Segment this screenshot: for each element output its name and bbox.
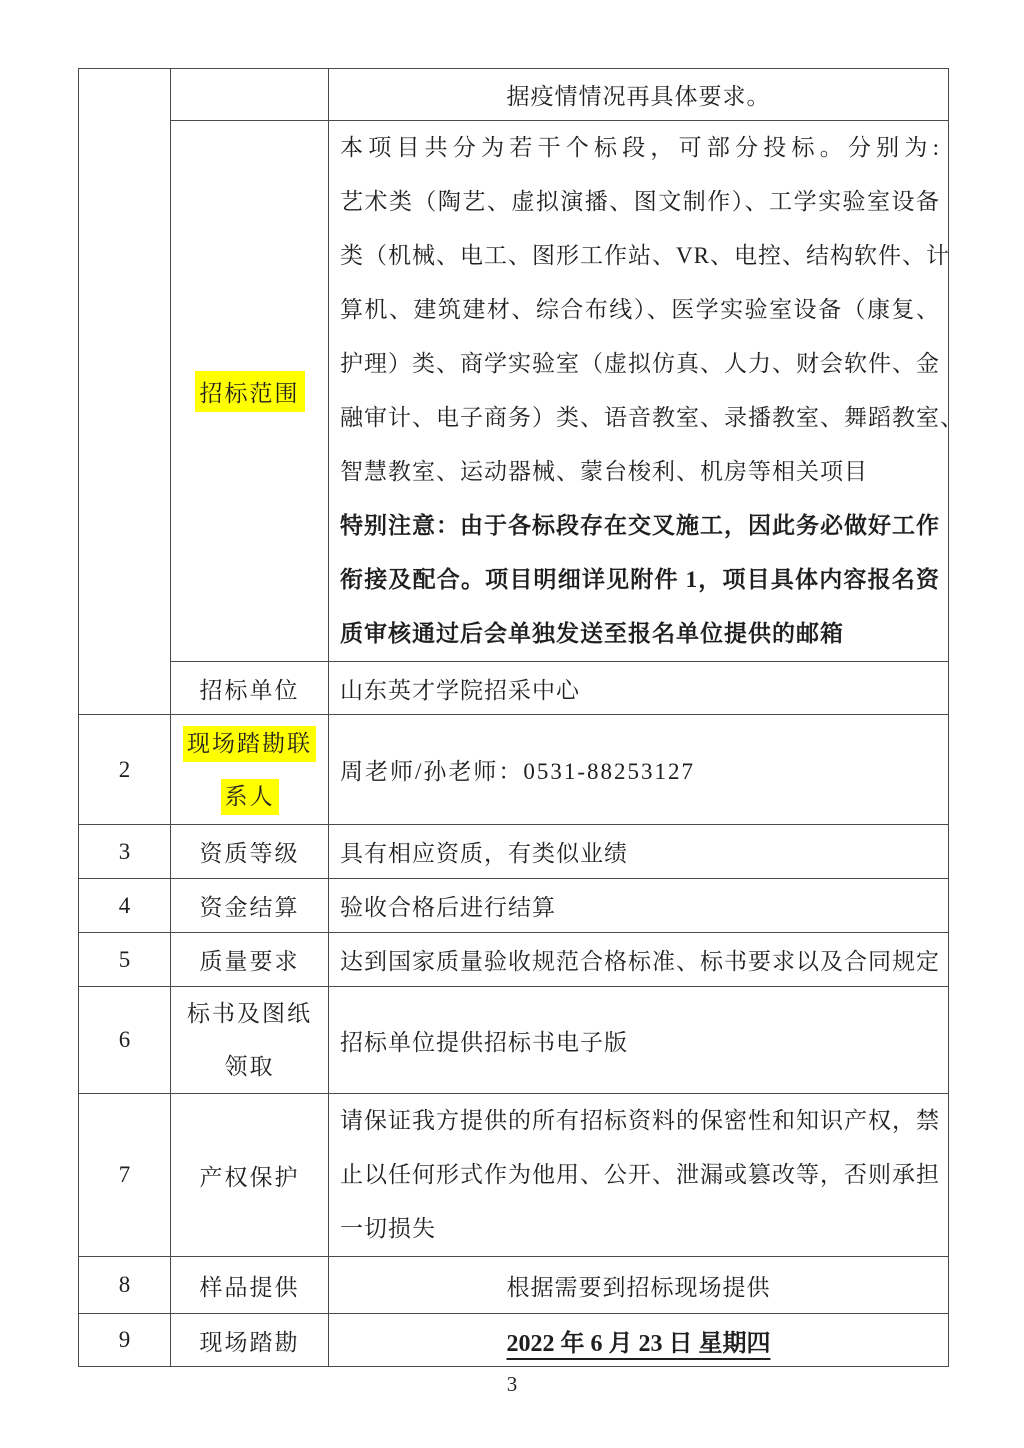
scope-line: 算机、建筑建材、综合布线）、医学实验室设备（康复、 (340, 283, 940, 337)
scope-note-line: 特别注意：由于各标段存在交叉施工，因此务必做好工作 (340, 499, 940, 553)
settlement-label: 资金结算 (171, 879, 329, 933)
contact-label-cell: 现场踏勘联系人 (171, 715, 329, 825)
ip-content-cell: 请保证我方提供的所有招标资料的保密性和知识产权，禁止以任何形式作为他用、公开、泄… (329, 1094, 949, 1257)
scope-line: 融审计、电子商务）类、语音教室、录播教室、舞蹈教室、 (340, 391, 940, 445)
table-row: 8 样品提供 根据需要到招标现场提供 (79, 1257, 949, 1314)
document-label-cell: 标书及图纸领取 (171, 987, 329, 1094)
ip-label: 产权保护 (171, 1094, 329, 1257)
continuation-text: 据疫情情况再具体要求。 (329, 69, 949, 121)
quality-content: 达到国家质量验收规范合格标准、标书要求以及合同规定 (329, 933, 949, 987)
scope-line: 本项目共分为若干个标段，可部分投标。分别为: (340, 121, 940, 175)
table-row: 招标范围 本项目共分为若干个标段，可部分投标。分别为:艺术类（陶艺、虚拟演播、图… (79, 121, 949, 662)
ip-line: 止以任何形式作为他用、公开、泄漏或篡改等，否则承担 (340, 1148, 940, 1202)
table-row: 招标单位 山东英才学院招采中心 (79, 662, 949, 715)
empty-label-cell (171, 69, 329, 121)
scope-line: 艺术类（陶艺、虚拟演播、图文制作）、工学实验室设备 (340, 175, 940, 229)
scope-paragraph: 本项目共分为若干个标段，可部分投标。分别为:艺术类（陶艺、虚拟演播、图文制作）、… (340, 121, 940, 499)
contact-label-line: 现场踏勘联 (171, 717, 328, 770)
scope-content-cell: 本项目共分为若干个标段，可部分投标。分别为:艺术类（陶艺、虚拟演播、图文制作）、… (329, 121, 949, 662)
item1-number-cell-empty (79, 69, 171, 715)
contact-content: 周老师/孙老师：0531-88253127 (329, 715, 949, 825)
item-number: 7 (79, 1094, 171, 1257)
document-label-line: 领取 (171, 1040, 328, 1093)
document-content: 招标单位提供招标书电子版 (329, 987, 949, 1094)
table-row: 5 质量要求 达到国家质量验收规范合格标准、标书要求以及合同规定 (79, 933, 949, 987)
scope-label-cell: 招标范围 (171, 121, 329, 662)
item-number: 5 (79, 933, 171, 987)
ip-line: 请保证我方提供的所有招标资料的保密性和知识产权，禁 (340, 1094, 940, 1148)
survey-label: 现场踏勘 (171, 1314, 329, 1367)
scope-line: 护理）类、商学实验室（虚拟仿真、人力、财会软件、金 (340, 337, 940, 391)
item-number: 2 (79, 715, 171, 825)
scope-label-highlight: 招标范围 (195, 371, 305, 412)
document-label-line: 标书及图纸 (171, 987, 328, 1040)
settlement-content: 验收合格后进行结算 (329, 879, 949, 933)
tender-info-table: 据疫情情况再具体要求。 招标范围 本项目共分为若干个标段，可部分投标。分别为:艺… (78, 68, 949, 1367)
sample-label: 样品提供 (171, 1257, 329, 1314)
ip-paragraph: 请保证我方提供的所有招标资料的保密性和知识产权，禁止以任何形式作为他用、公开、泄… (340, 1094, 940, 1256)
item-number: 8 (79, 1257, 171, 1314)
item-number: 3 (79, 825, 171, 879)
item-number: 9 (79, 1314, 171, 1367)
unit-label: 招标单位 (171, 662, 329, 715)
document-label-lines: 标书及图纸领取 (171, 987, 328, 1093)
quality-label: 质量要求 (171, 933, 329, 987)
scope-line: 智慧教室、运动器械、蒙台梭利、机房等相关项目 (340, 445, 940, 499)
table-row: 7 产权保护 请保证我方提供的所有招标资料的保密性和知识产权，禁止以任何形式作为… (79, 1094, 949, 1257)
table-row: 4 资金结算 验收合格后进行结算 (79, 879, 949, 933)
scope-note-line: 衔接及配合。项目明细详见附件 1，项目具体内容报名资 (340, 553, 940, 607)
item-number: 4 (79, 879, 171, 933)
table-row: 9 现场踏勘 2022 年 6 月 23 日 星期四 (79, 1314, 949, 1367)
unit-content: 山东英才学院招采中心 (329, 662, 949, 715)
survey-date-cell: 2022 年 6 月 23 日 星期四 (329, 1314, 949, 1367)
scope-note-line: 质审核通过后会单独发送至报名单位提供的邮箱 (340, 607, 940, 661)
survey-date: 2022 年 6 月 23 日 星期四 (507, 1331, 771, 1357)
qualification-content: 具有相应资质，有类似业绩 (329, 825, 949, 879)
scope-line: 类（机械、电工、图形工作站、VR、电控、结构软件、计 (340, 229, 940, 283)
table-row: 6 标书及图纸领取 招标单位提供招标书电子版 (79, 987, 949, 1094)
page-number: 3 (0, 1372, 1024, 1397)
table-row: 据疫情情况再具体要求。 (79, 69, 949, 121)
item-number: 6 (79, 987, 171, 1094)
contact-label-lines: 现场踏勘联系人 (171, 717, 328, 823)
table-row: 2 现场踏勘联系人 周老师/孙老师：0531-88253127 (79, 715, 949, 825)
scope-note-paragraph: 特别注意：由于各标段存在交叉施工，因此务必做好工作衔接及配合。项目明细详见附件 … (340, 499, 940, 661)
contact-label-line: 系人 (171, 770, 328, 823)
sample-content: 根据需要到招标现场提供 (329, 1257, 949, 1314)
qualification-label: 资质等级 (171, 825, 329, 879)
ip-line: 一切损失 (340, 1202, 940, 1256)
table-row: 3 资质等级 具有相应资质，有类似业绩 (79, 825, 949, 879)
